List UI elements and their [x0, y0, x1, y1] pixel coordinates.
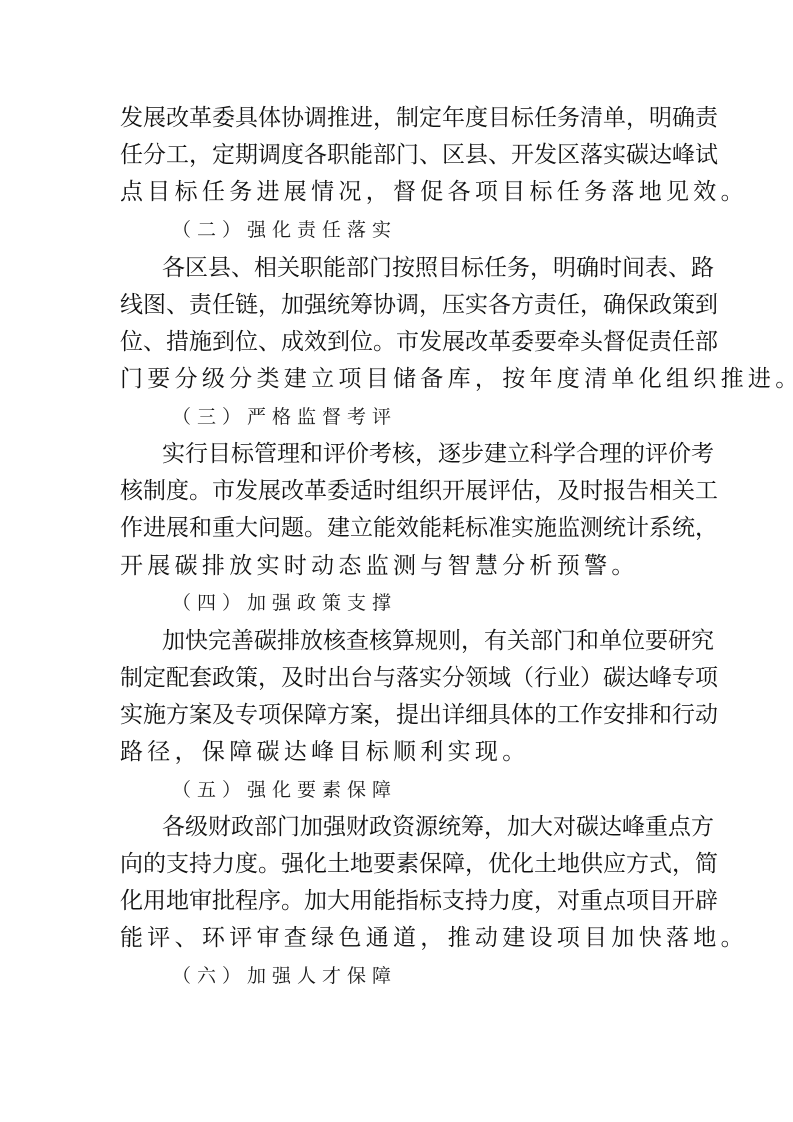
paragraph-line: 能评、环评审查绿色通道，推动建设项目加快落地。 — [120, 923, 676, 953]
paragraph-line: 加快完善碳排放核查核算规则，有关部门和单位要研究 — [162, 626, 676, 656]
section-heading: （五）强化要素保障 — [172, 775, 397, 805]
paragraph-line: 实施方案及专项保障方案，提出详细具体的工作安排和行动 — [120, 700, 676, 730]
paragraph-line: 任分工，定期调度各职能部门、区县、开发区落实碳达峰试 — [120, 140, 676, 170]
paragraph-line: 制定配套政策，及时出台与落实分领域（行业）碳达峰专项 — [120, 663, 676, 693]
paragraph-line: 各级财政部门加强财政资源统筹，加大对碳达峰重点方 — [162, 812, 676, 842]
paragraph-line: 核制度。市发展改革委适时组织开展评估，及时报告相关工 — [120, 476, 676, 506]
paragraph-line: 位、措施到位、成效到位。市发展改革委要牵头督促责任部 — [120, 327, 676, 357]
section-heading: （四）加强政策支撑 — [172, 588, 397, 618]
paragraph-line: 化用地审批程序。加大用能指标支持力度，对重点项目开辟 — [120, 886, 676, 916]
paragraph-line: 向的支持力度。强化土地要素保障，优化土地供应方式，简 — [120, 849, 676, 879]
paragraph-line: 实行目标管理和评价考核，逐步建立科学合理的评价考 — [162, 439, 676, 469]
paragraph-line: 门要分级分类建立项目储备库，按年度清单化组织推进。 — [120, 364, 676, 394]
paragraph-line: 开展碳排放实时动态监测与智慧分析预警。 — [120, 551, 676, 581]
document-page: 发展改革委具体协调推进，制定年度目标任务清单，明确责 任分工，定期调度各职能部门… — [0, 0, 793, 1122]
section-heading: （二）强化责任落实 — [172, 215, 397, 245]
section-heading: （六）加强人才保障 — [172, 961, 397, 991]
paragraph-line: 线图、责任链，加强统筹协调，压实各方责任，确保政策到 — [120, 290, 676, 320]
paragraph-line: 作进展和重大问题。建立能效能耗标准实施监测统计系统， — [120, 513, 676, 543]
paragraph-line: 各区县、相关职能部门按照目标任务，明确时间表、路 — [162, 253, 676, 283]
paragraph-line: 发展改革委具体协调推进，制定年度目标任务清单，明确责 — [120, 103, 676, 133]
paragraph-line: 点目标任务进展情况，督促各项目标任务落地见效。 — [120, 177, 676, 207]
paragraph-line: 路径，保障碳达峰目标顺利实现。 — [120, 737, 676, 767]
section-heading: （三）严格监督考评 — [172, 402, 397, 432]
